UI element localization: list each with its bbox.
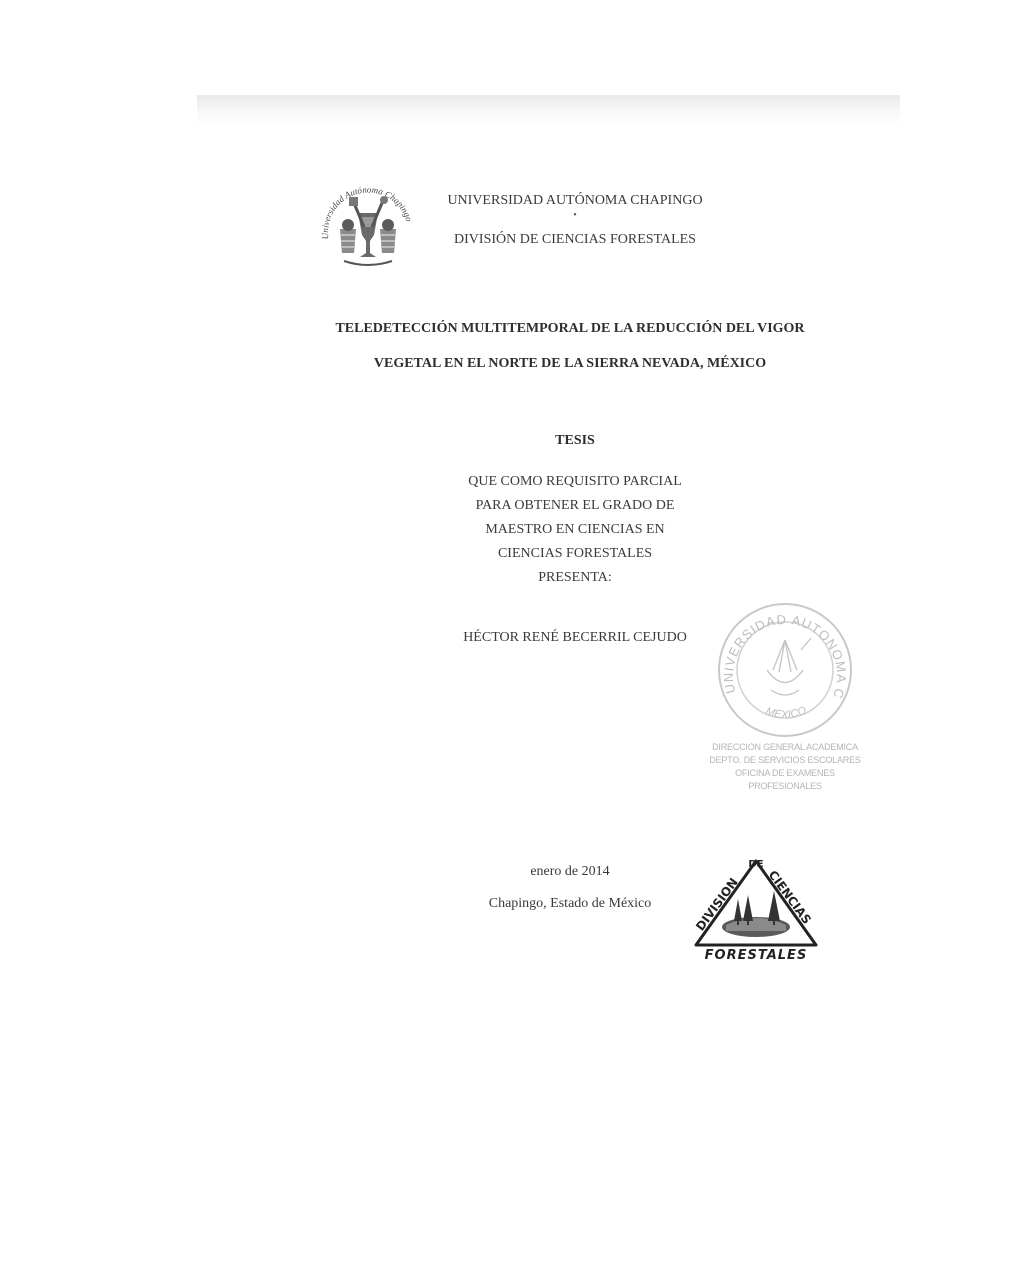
thesis-date: enero de 2014: [460, 862, 680, 894]
requirement-line: CIENCIAS FORESTALES: [440, 542, 710, 566]
requirement-line: QUE COMO REQUISITO PARCIAL: [440, 470, 710, 494]
stamp-bottom-text: MEXICO: [764, 704, 809, 721]
stamp-ring-text: UNIVERSIDAD AUTONOMA CHAPINGO: [715, 600, 849, 701]
division-name: DIVISIÓN DE CIENCIAS FORESTALES: [440, 230, 710, 250]
university-logo: Universidad Autónoma Chapingo: [318, 183, 418, 273]
official-stamp: UNIVERSIDAD AUTONOMA CHAPINGO MEXICO: [715, 600, 855, 740]
thesis-title-line-2: VEGETAL EN EL NORTE DE LA SIERRA NEVADA,…: [300, 355, 840, 373]
svg-text:MEXICO: MEXICO: [764, 704, 809, 721]
seal-bottom-text: FORESTALES: [705, 948, 808, 963]
stamp-text: DIRECCION GENERAL ACADEMICA DEPTO. DE SE…: [700, 741, 870, 793]
author-name: HÉCTOR RENÉ BECERRIL CEJUDO: [440, 630, 710, 646]
scan-shadow-band: [197, 95, 900, 125]
requirement-line: PRESENTA:: [440, 566, 710, 590]
header-separator: •: [440, 211, 710, 230]
thesis-place: Chapingo, Estado de México: [460, 894, 680, 926]
seal-top-text: DE: [748, 859, 763, 870]
stamp-line: DIRECCION GENERAL ACADEMICA: [700, 741, 870, 754]
requirement-line: MAESTRO EN CIENCIAS EN: [440, 518, 710, 542]
document-type: TESIS: [470, 433, 680, 449]
university-name: UNIVERSIDAD AUTÓNOMA CHAPINGO: [440, 191, 710, 211]
thesis-title-line-1: TELEDETECCIÓN MULTITEMPORAL DE LA REDUCC…: [300, 320, 840, 338]
degree-requirement: QUE COMO REQUISITO PARCIAL PARA OBTENER …: [440, 470, 710, 590]
institution-header: UNIVERSIDAD AUTÓNOMA CHAPINGO • DIVISIÓN…: [440, 191, 710, 250]
requirement-line: PARA OBTENER EL GRADO DE: [440, 494, 710, 518]
svg-text:UNIVERSIDAD AUTONOMA CHAPINGO: UNIVERSIDAD AUTONOMA CHAPINGO: [715, 600, 849, 701]
stamp-line: OFICINA DE EXAMENES PROFESIONALES: [700, 767, 870, 793]
stamp-line: DEPTO. DE SERVICIOS ESCOLARES: [700, 754, 870, 767]
thesis-title: TELEDETECCIÓN MULTITEMPORAL DE LA REDUCC…: [300, 320, 840, 390]
date-and-place: enero de 2014 Chapingo, Estado de México: [460, 862, 680, 926]
division-seal: DIVISION CIENCIAS DE FORESTALES: [690, 855, 822, 963]
